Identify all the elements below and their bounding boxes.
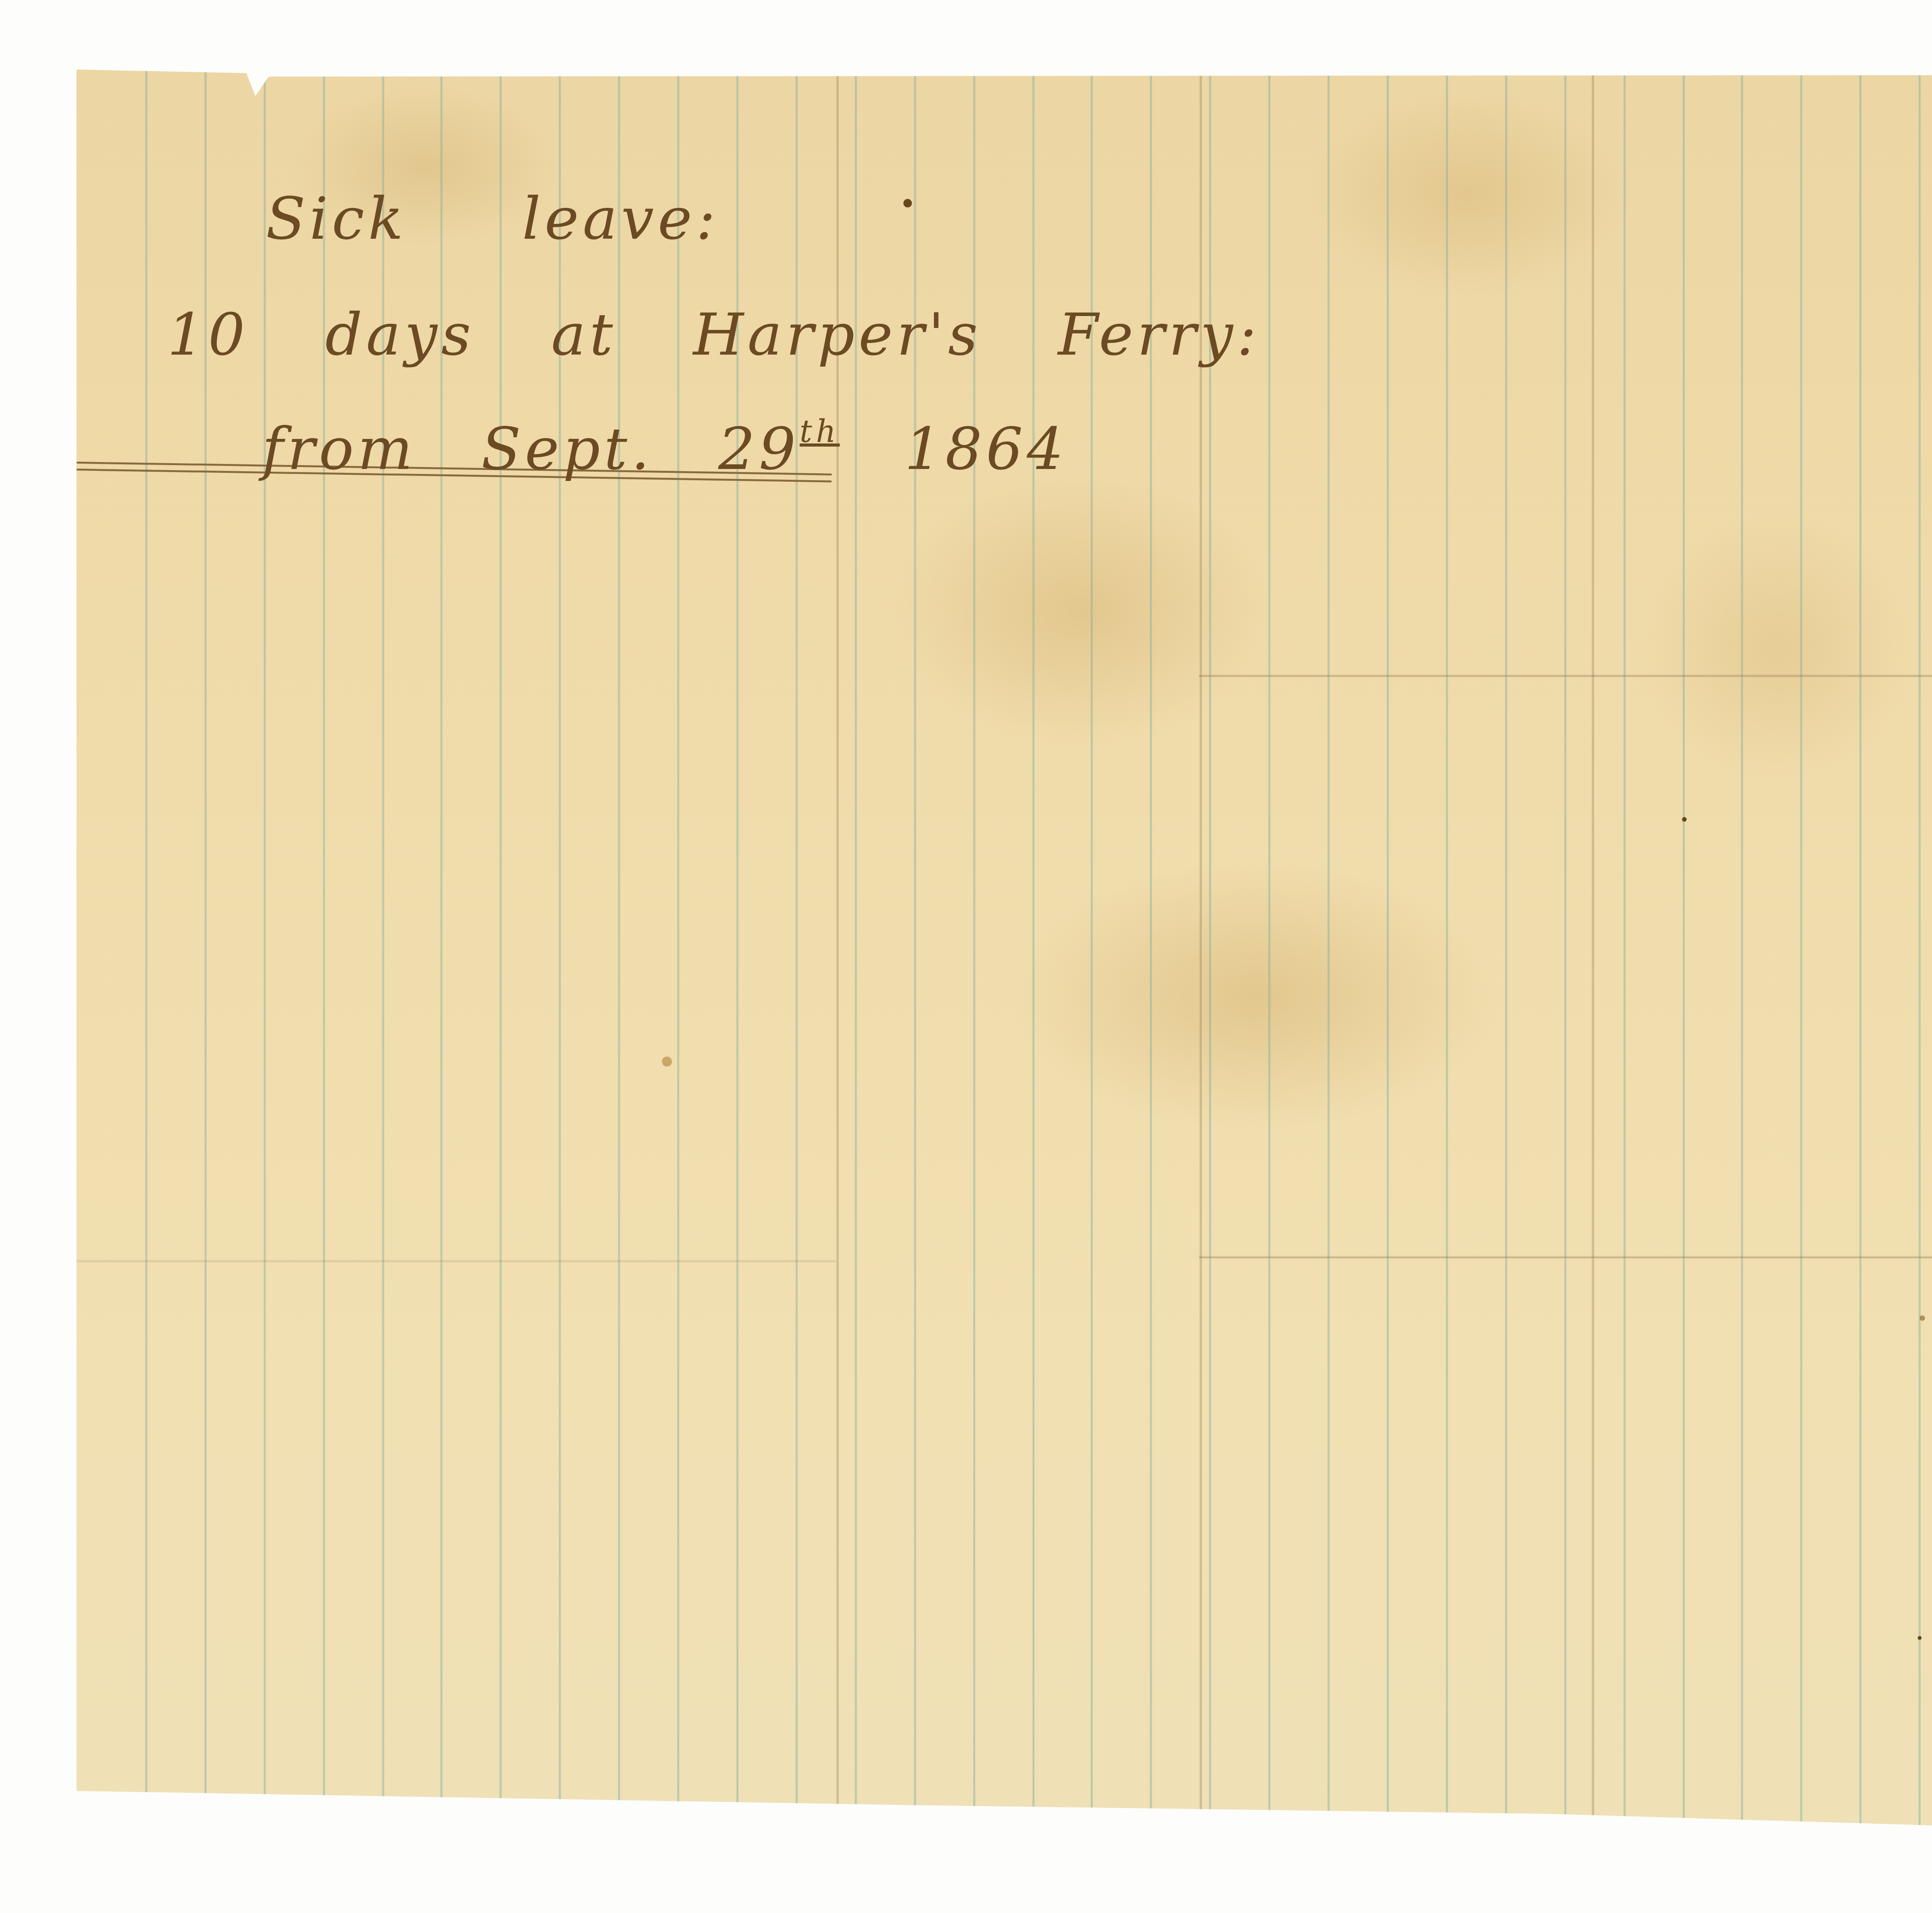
docket-date-ordinal: th — [800, 413, 840, 449]
ink-spot — [1682, 817, 1687, 822]
docket-year: 1864 — [905, 416, 1068, 483]
paper-sheet: Sick leave: 10 days at Harper's Ferry: f… — [77, 70, 1932, 1837]
ink-spot — [903, 199, 912, 207]
docket-date: from Sept. 29 — [262, 416, 800, 483]
docket-line-2: 10 days at Harper's Ferry: — [167, 301, 1260, 369]
docket-line-3: from Sept. 29th 1864 — [262, 413, 1068, 483]
vertical-fold-3 — [1591, 70, 1595, 1837]
horizontal-crease-left — [77, 1259, 836, 1263]
horizontal-crease-lower — [1199, 1256, 1932, 1259]
stain-spot — [662, 1057, 672, 1067]
horizontal-crease-upper — [1199, 674, 1932, 678]
ink-spot — [1918, 1636, 1922, 1640]
docket-line-1: Sick leave: — [266, 185, 719, 253]
stain-spot — [1920, 1315, 1925, 1321]
